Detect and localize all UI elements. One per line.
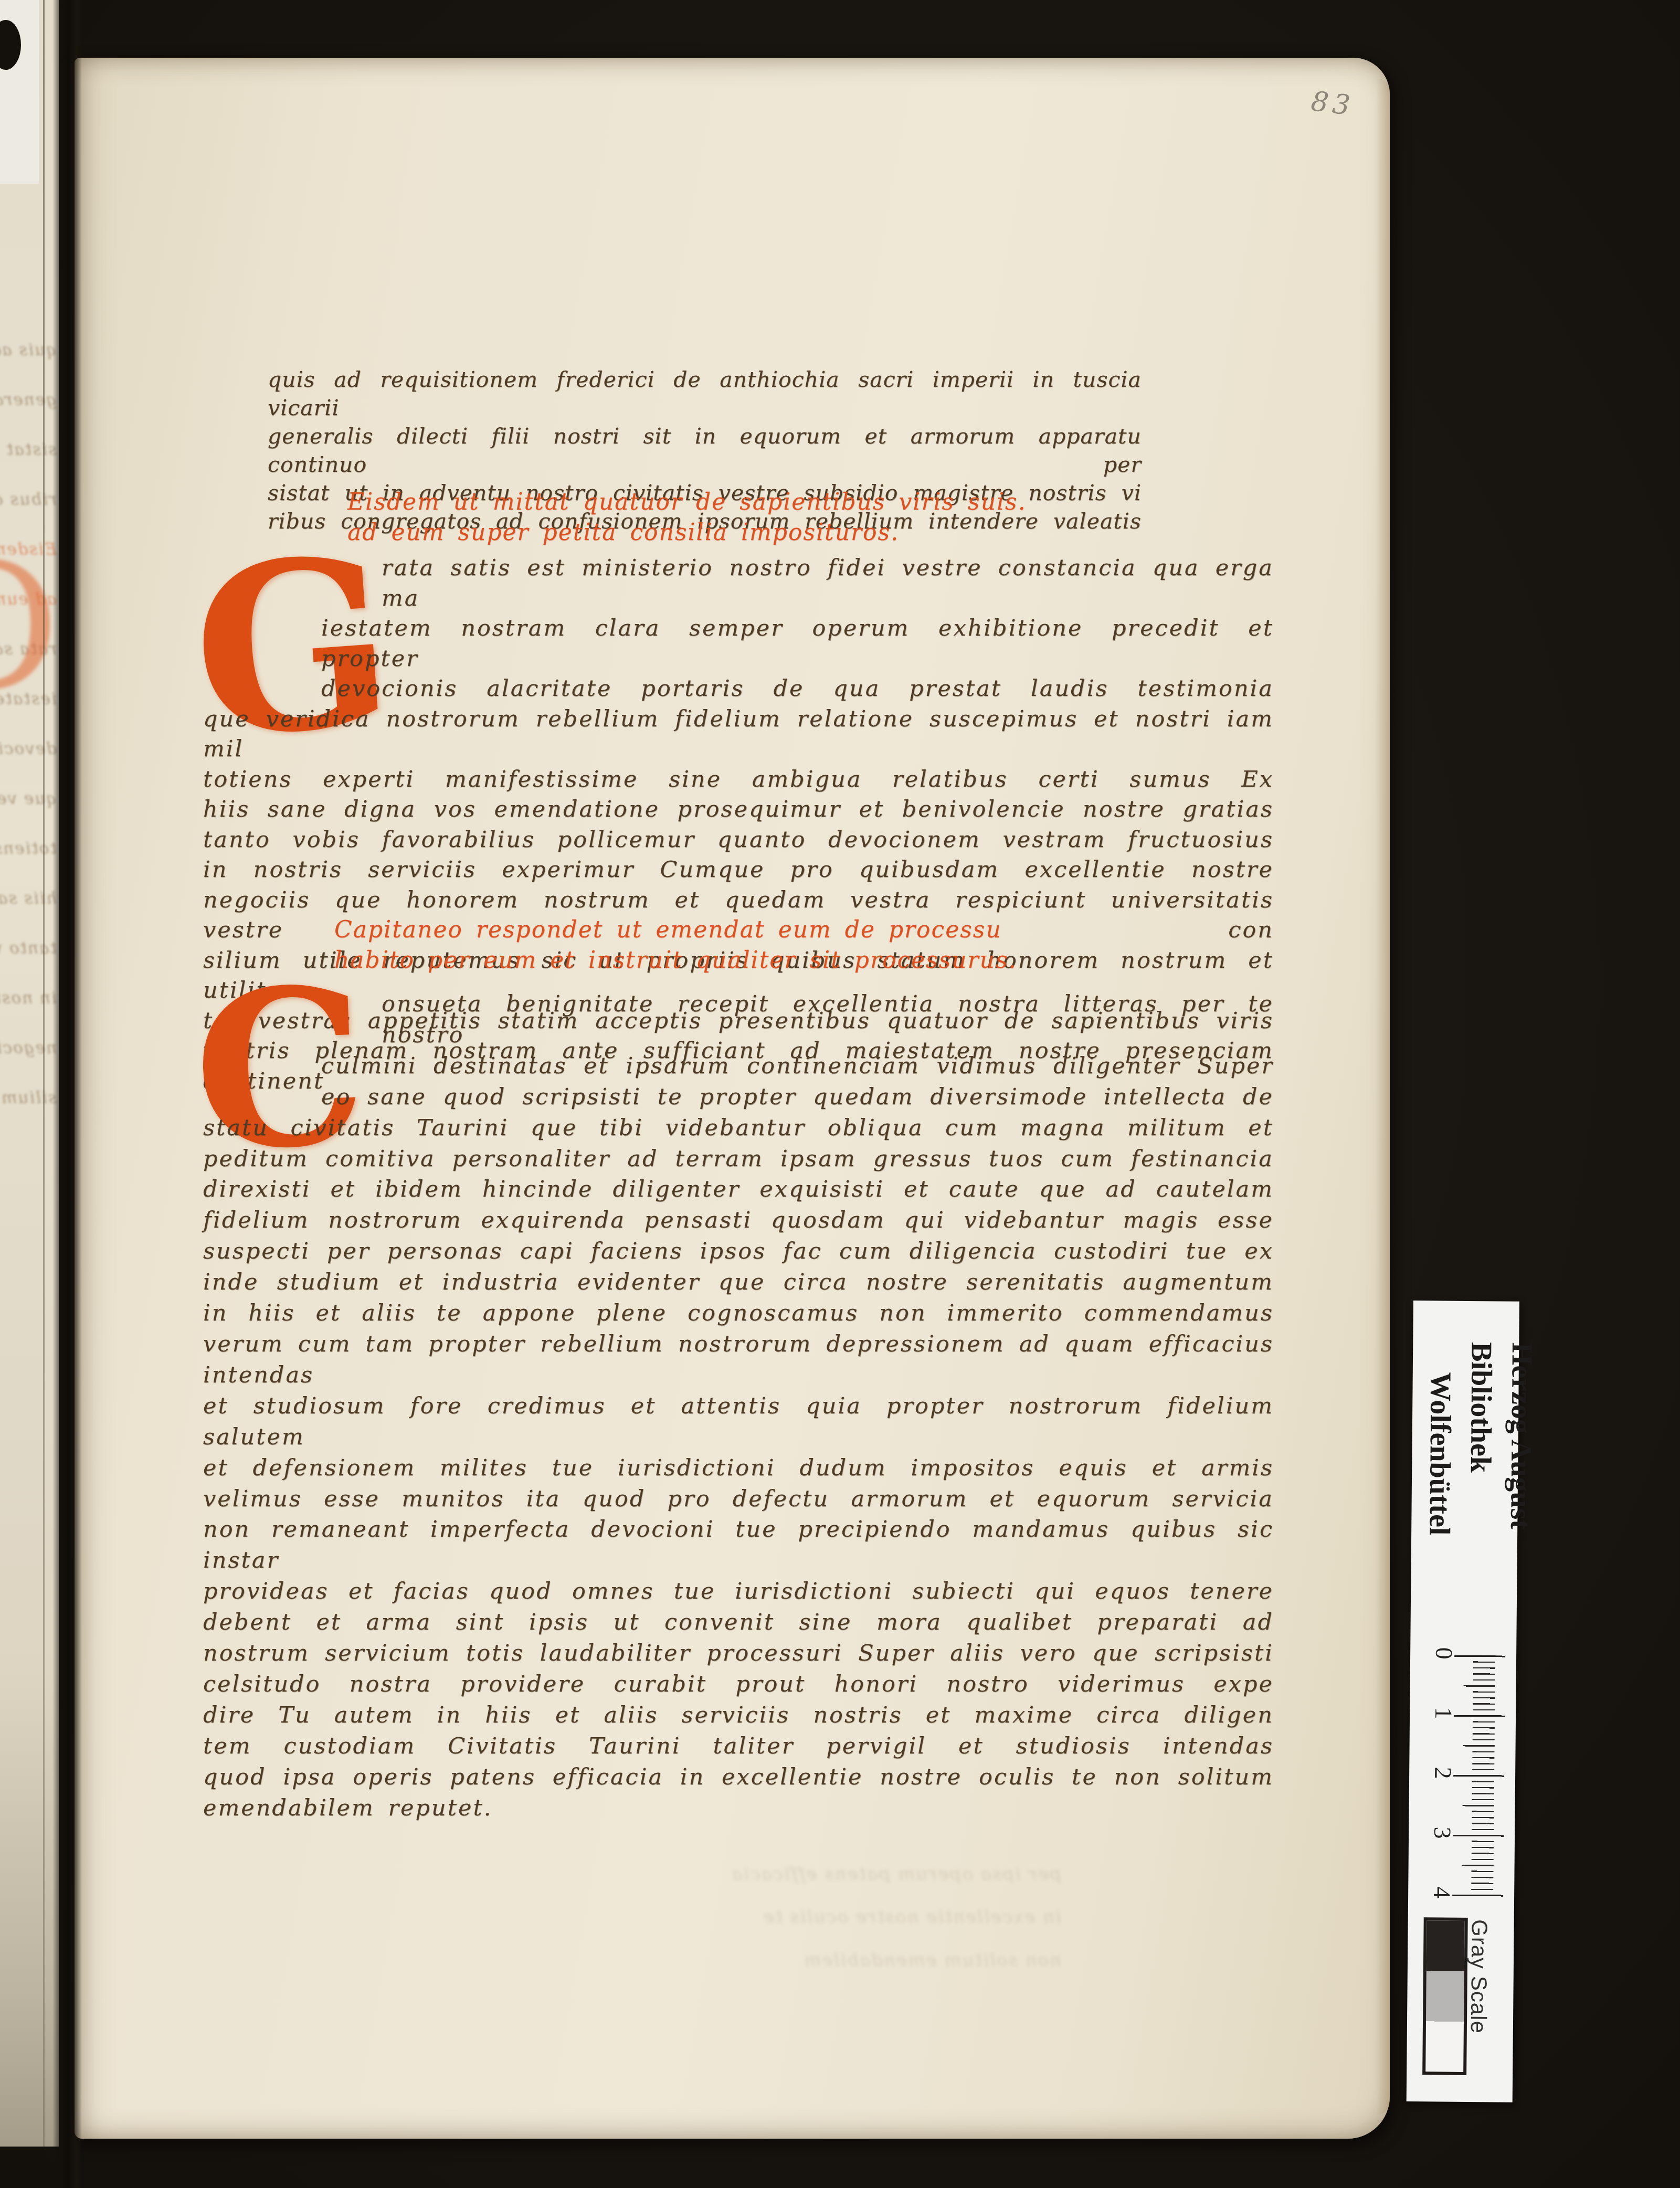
- manuscript-line: emendabilem reputet.: [203, 1793, 1274, 1824]
- manuscript-page: 83 quis ad requisitionem frederici de an…: [75, 58, 1390, 2139]
- manuscript-line: dire Tu autem in hiis et aliis serviciis…: [203, 1700, 1274, 1731]
- manuscript-line: non solitum emendabilem: [326, 1939, 1061, 1982]
- manuscript-line: onsueta benignitate recepit excellentia …: [382, 989, 1274, 1051]
- book-gutter: [52, 0, 82, 2188]
- folio-number: 83: [1309, 86, 1356, 122]
- manuscript-line: provideas et facias quod omnes tue iuris…: [203, 1576, 1274, 1607]
- ghost-initial-g: G: [0, 541, 59, 714]
- manuscript-line: in excellentie nostre oculis te: [326, 1896, 1061, 1939]
- manuscript-line: hiis sane digna vos emendatione prosequi…: [203, 795, 1274, 825]
- manuscript-line: totiens experti manife: [0, 824, 57, 874]
- manuscript-line: habito per eum et instruit qualiter sit …: [334, 945, 1017, 976]
- manuscript-line: tem custodiam Civitatis Taurini taliter …: [203, 1731, 1274, 1762]
- manuscript-line: et defensionem milites tue iurisdictioni…: [203, 1453, 1274, 1484]
- manuscript-line: in nostris serviciis experimur Cumque pr…: [203, 855, 1274, 885]
- manuscript-line: devocionis alacritate portaris de qua pr…: [321, 674, 1274, 704]
- manuscript-line: in nostris serviciis ex: [0, 974, 57, 1023]
- manuscript-line: quod ipsa operis patens efficacia in exc…: [203, 1762, 1274, 1793]
- library-ruler-strip: Herzog August Bibliothek Wolfenbüttel Gr…: [1407, 1301, 1519, 2102]
- manuscript-line: hiis sane digna vos em: [0, 874, 57, 924]
- manuscript-line: quis ad requisitionem fre: [0, 325, 57, 375]
- manuscript-line: que veridica nostrorum rebellium fideliu…: [203, 704, 1274, 765]
- manuscript-line: suspecti per personas capi faciens ipsos…: [203, 1236, 1274, 1267]
- text-block-3: onsueta benignitate recepit excellentia …: [203, 989, 1274, 1823]
- manuscript-line: tanto vobis favorabilius pollicemur quan…: [203, 825, 1274, 855]
- manuscript-line: silium utile reputemus: [0, 1073, 57, 1123]
- manuscript-line: eo sane quod scripsisti te propter queda…: [321, 1082, 1274, 1113]
- manuscript-line: quis ad requisitionem frederici de anthi…: [268, 365, 1142, 422]
- ruler-number-4: 4: [1428, 1886, 1456, 1898]
- manuscript-line: fidelium nostrorum exquirenda pensasti q…: [203, 1205, 1274, 1236]
- manuscript-line: devocionis alacritate: [0, 724, 57, 774]
- manuscript-line: per ipsa operum patens efficacia: [326, 1853, 1061, 1896]
- rubric-heading-2: Capitaneo respondet ut emendat eum de pr…: [334, 915, 1017, 976]
- ruler-ticks-major: [1452, 1655, 1505, 1897]
- manuscript-line: Capitaneo respondet ut emendat eum de pr…: [334, 915, 1017, 945]
- manuscript-line: statu civitatis Taurini que tibi videban…: [203, 1113, 1274, 1144]
- manuscript-line: debent et arma sint ipsis ut convenit si…: [203, 1607, 1274, 1638]
- manuscript-line: totiens experti manifestissime sine ambi…: [203, 765, 1274, 795]
- manuscript-line: in hiis et aliis te appone plene cognosc…: [203, 1298, 1274, 1329]
- ruler-numbers: [1413, 1301, 1519, 1302]
- bleed-through-lines: per ipsa operum patens efficaciain excel…: [326, 1853, 1061, 1982]
- ruler-number-1: 1: [1430, 1707, 1457, 1719]
- ruler-number-0: 0: [1430, 1647, 1458, 1659]
- grayscale-label: Gray Scale: [1465, 1919, 1492, 2077]
- manuscript-line: inde studium et industria evidenter que …: [203, 1267, 1274, 1298]
- manuscript-line: direxisti et ibidem hincinde diligenter …: [203, 1174, 1274, 1205]
- library-label: Herzog August Bibliothek Wolfenbüttel: [1418, 1341, 1542, 1657]
- manuscript-line: sistat ut in adventu nos: [0, 425, 57, 475]
- manuscript-line: tanto vobis favorabili: [0, 924, 57, 974]
- manuscript-line: velimus esse munitos ita quod pro defect…: [203, 1484, 1274, 1515]
- manuscript-line: celsitudo nostra providere curabit prout…: [203, 1669, 1274, 1700]
- manuscript-line: que veridica nostrorum: [0, 774, 57, 824]
- manuscript-line: culmini destinatas et ipsarum continenci…: [321, 1051, 1274, 1082]
- library-label-line2: Wolfenbüttel: [1418, 1341, 1461, 1657]
- rubric-heading-1: Eisdem ut mittat quatuor de sapientibus …: [347, 487, 1027, 548]
- photo-stage: quis ad requisitionem fregeneralis dilec…: [0, 0, 1680, 2188]
- manuscript-line: peditum comitiva personaliter ad terram …: [203, 1144, 1274, 1175]
- manuscript-line: negociis que honorem: [0, 1023, 57, 1073]
- manuscript-line: Eisdem ut mittat quatuor de sapientibus …: [347, 487, 1027, 517]
- facing-page-sliver: quis ad requisitionem fregeneralis dilec…: [0, 0, 59, 2147]
- manuscript-line: et studiosum fore credimus et attentis q…: [203, 1391, 1274, 1453]
- ruler-number-2: 2: [1429, 1767, 1457, 1779]
- manuscript-line: non remaneant imperfecta devocioni tue p…: [203, 1514, 1274, 1576]
- grayscale-target: [1422, 1917, 1468, 2075]
- manuscript-line: generalis dilecti filii n: [0, 375, 57, 425]
- manuscript-line: ad eum super petita consilia imposituros…: [347, 517, 1027, 548]
- manuscript-line: rata satis est ministerio nostro fidei v…: [382, 553, 1274, 614]
- library-label-line1: Herzog August Bibliothek: [1458, 1342, 1542, 1657]
- manuscript-line: nostrum servicium totis laudabiliter pro…: [203, 1638, 1274, 1669]
- manuscript-line: ribus congregatos ad con: [0, 475, 57, 525]
- glass-edge-line: [43, 0, 45, 2147]
- manuscript-line: verum cum tam propter rebellium nostroru…: [203, 1329, 1274, 1391]
- manuscript-line: iestatem nostram clara semper operum exh…: [321, 614, 1274, 674]
- ruler-number-3: 3: [1429, 1826, 1456, 1838]
- manuscript-line: generalis dilecti filii nostri sit in eq…: [268, 422, 1142, 479]
